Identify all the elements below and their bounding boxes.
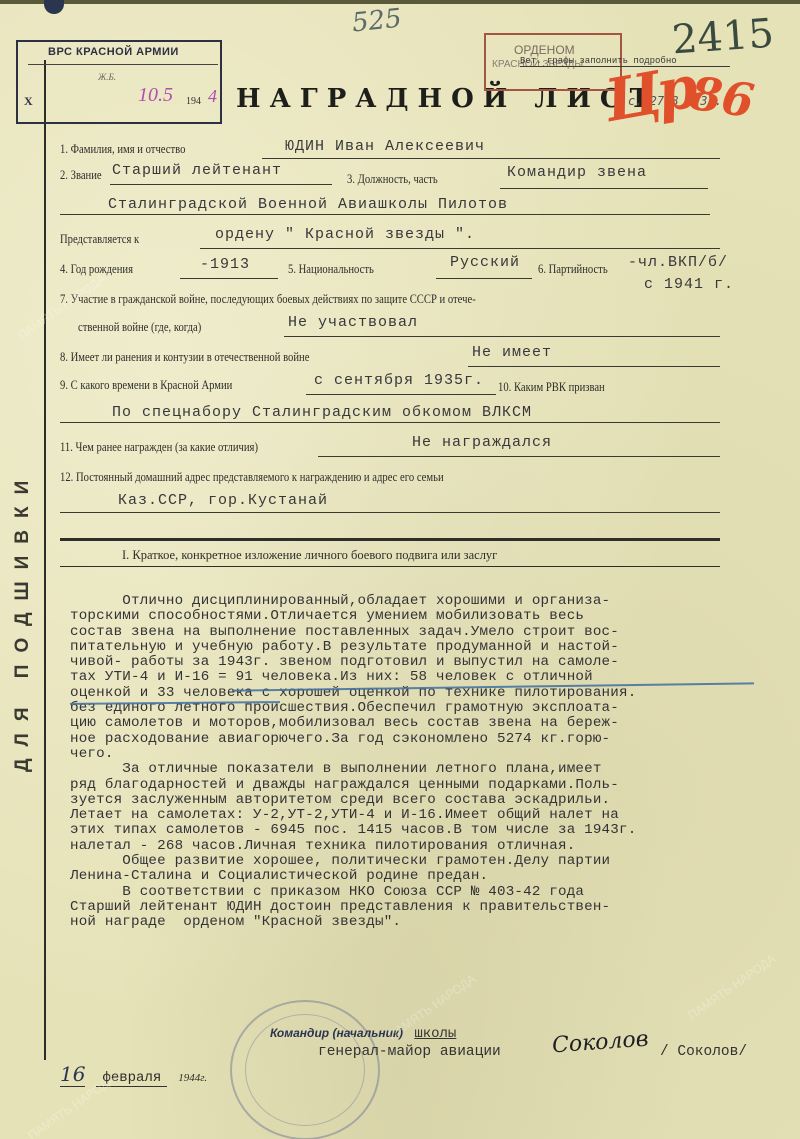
handwritten-signature: Соколов <box>551 1027 649 1059</box>
commander-label: Командир (начальник) <box>270 1026 403 1040</box>
citation-line: питательную и учебную работу.В результат… <box>70 640 800 655</box>
underline <box>60 512 720 513</box>
citation-line: Ленина-Сталина и Социалистической родине… <box>70 869 800 884</box>
citation-line: чего. <box>70 747 800 762</box>
citation-line: Отлично дисциплинированный,обладает хоро… <box>70 594 800 609</box>
field-party-cont: с 1941 г. <box>644 276 734 293</box>
red-pencil-mark: Цр <box>600 53 699 135</box>
vrs-stamp-prefix: X <box>24 94 33 109</box>
field-label: 5. Национальность <box>288 262 374 277</box>
vrs-stamp-year-suffix: 4 <box>208 86 217 107</box>
field-service-since: 9. С какого времени в Красной Армии с се… <box>60 378 263 393</box>
citation-line: За отличные показатели в выполнении летн… <box>70 762 800 777</box>
underline <box>60 214 710 215</box>
field-value: с 1941 г. <box>644 276 734 293</box>
binding-margin-label: ДЛЯ ПОДШИВКИ <box>0 430 46 810</box>
field-label: Представляется к <box>60 232 139 247</box>
citation-line: ряд благодарностей и дважды награждался … <box>70 778 800 793</box>
field-full-name: 1. Фамилия, имя и отчество ЮДИН Иван Але… <box>60 142 208 157</box>
field-label: ственной войне (где, когда) <box>78 320 201 335</box>
underline <box>500 188 708 189</box>
vrs-stamp-title: ВРС КРАСНОЙ АРМИИ <box>48 46 179 58</box>
field-value: Командир звена <box>507 164 647 181</box>
field-rank: 2. Звание Старший лейтенант <box>60 168 109 183</box>
field-war-participation: 7. Участие в гражданской войне, последую… <box>60 292 549 307</box>
field-value: Старший лейтенант <box>112 162 282 179</box>
commander-line: Командир (начальник) школы <box>270 1026 456 1042</box>
citation-line: зуется заслуженным авторитетом среди все… <box>70 793 800 808</box>
field-label: 3. Должность, часть <box>347 172 438 187</box>
commander-unit: школы <box>414 1026 456 1042</box>
underline <box>306 394 496 395</box>
field-wounds: 8. Имеет ли ранения и контузии в отечест… <box>60 350 353 365</box>
underline <box>318 456 720 457</box>
commander-name: / Соколов/ <box>660 1044 747 1060</box>
field-label: 4. Год рождения <box>60 262 133 277</box>
field-conscription-office: 10. Каким РВК призван <box>498 380 624 395</box>
underline <box>110 184 332 185</box>
date-month: февраля <box>96 1070 167 1087</box>
field-value: Русский <box>450 254 520 271</box>
citation-line: ной награде орденом "Красной звезды". <box>70 915 800 930</box>
stamp-divider <box>28 64 218 65</box>
date-day: 16 <box>60 1062 85 1087</box>
field-value: Не участвовал <box>288 314 418 331</box>
underline <box>262 158 720 159</box>
field-war-participation-cont: ственной войне (где, когда) Не участвова… <box>78 320 223 335</box>
field-nationality: 5. Национальность Русский <box>288 262 389 277</box>
citation-line: налетал - 268 часов.Личная техника пилот… <box>70 839 800 854</box>
citation-line: ное расходование авиагорючего.За год сэк… <box>70 732 800 747</box>
field-label: 9. С какого времени в Красной Армии <box>60 378 232 393</box>
binder-clip <box>44 0 64 14</box>
citation-line: цию самолетов и моторов,мобилизовал весь… <box>70 716 800 731</box>
citation-line: Старший лейтенант ЮДИН достоин представл… <box>70 900 800 915</box>
underline <box>200 248 720 249</box>
field-value: Не награждался <box>412 434 552 451</box>
underline <box>60 422 720 423</box>
section-rule-top <box>60 538 720 541</box>
field-value: с сентября 1935г. <box>314 372 484 389</box>
field-position-cont: Сталинградской Военной Авиашколы Пилотов <box>108 196 508 213</box>
field-conscription-value: По спецнабору Сталинградским обкомом ВЛК… <box>112 404 532 421</box>
field-value: -чл.ВКП/б/ <box>628 254 728 271</box>
field-birth-year: 4. Год рождения -1913 <box>60 262 146 277</box>
field-label: 8. Имеет ли ранения и контузии в отечест… <box>60 350 309 365</box>
field-home-address: 12. Постоянный домашний адрес представля… <box>60 470 511 485</box>
underline <box>284 336 720 337</box>
field-home-address-value: Каз.ССР, гор.Кустанай <box>118 492 328 509</box>
watermark: ПАМЯТЬ НАРОДА <box>685 952 778 1023</box>
field-value: Не имеет <box>472 344 552 361</box>
date-year: 1944г. <box>178 1072 207 1084</box>
citation-line: состав звена на выполнение поставленных … <box>70 625 800 640</box>
field-party: 6. Партийность -чл.ВКП/б/ <box>538 262 620 277</box>
field-label: 7. Участие в гражданской войне, последую… <box>60 292 476 307</box>
citation-line: В соответствии с приказом НКО Союза ССР … <box>70 885 800 900</box>
citation-line: Летает на самолетах: У-2,УТ-2,УТИ-4 и И-… <box>70 808 800 823</box>
field-value: Каз.ССР, гор.Кустанай <box>118 492 328 509</box>
vrs-stamp-year-prefix: 194 <box>186 96 201 107</box>
field-presented-to: Представляется к ордену " Красной звезды… <box>60 232 153 247</box>
field-position: 3. Должность, часть Командир звена <box>347 172 454 187</box>
vrs-stamp-date: 10.5 <box>138 84 173 107</box>
citation-line: этих типах самолетов - 6945 пос. 1415 ча… <box>70 823 800 838</box>
red-pencil-mark-2: 86 <box>687 66 758 128</box>
order-stamp-line1: ОРДЕНОМ <box>514 43 575 57</box>
field-value: По спецнабору Сталинградским обкомом ВЛК… <box>112 404 532 421</box>
vrs-stamp-note: Ж.Б. <box>98 72 116 82</box>
section-heading: I. Краткое, конкретное изложение личного… <box>122 548 497 563</box>
field-previous-awards: 11. Чем ранее награжден (за какие отличи… <box>60 440 293 455</box>
field-value: -1913 <box>200 256 250 273</box>
field-value: ордену " Красной звезды ". <box>215 226 475 243</box>
section-rule-bottom <box>60 566 720 567</box>
field-label: 10. Каким РВК призван <box>498 380 605 395</box>
vrs-registration-stamp: ВРС КРАСНОЙ АРМИИ Ж.Б. X 10.5 194 4 <box>16 40 222 124</box>
field-label: 2. Звание <box>60 168 102 183</box>
signing-date: 16 февраля 1944г. <box>60 1062 207 1086</box>
field-label: 1. Фамилия, имя и отчество <box>60 142 185 157</box>
underline <box>436 278 532 279</box>
underline <box>468 366 720 367</box>
field-label: 12. Постоянный домашний адрес представля… <box>60 470 444 485</box>
field-label: 11. Чем ранее награжден (за какие отличи… <box>60 440 258 455</box>
citation-line: торскими способностями.Отличается умение… <box>70 609 800 624</box>
citation-text: Отлично дисциплинированный,обладает хоро… <box>70 594 800 931</box>
field-label: 6. Партийность <box>538 262 608 277</box>
handwritten-number-top: 525 <box>351 3 404 38</box>
underline <box>180 278 278 279</box>
commander-rank: генерал-майор авиации <box>318 1044 501 1060</box>
field-value: Сталинградской Военной Авиашколы Пилотов <box>108 196 508 213</box>
field-value: ЮДИН Иван Алексеевич <box>285 138 485 155</box>
